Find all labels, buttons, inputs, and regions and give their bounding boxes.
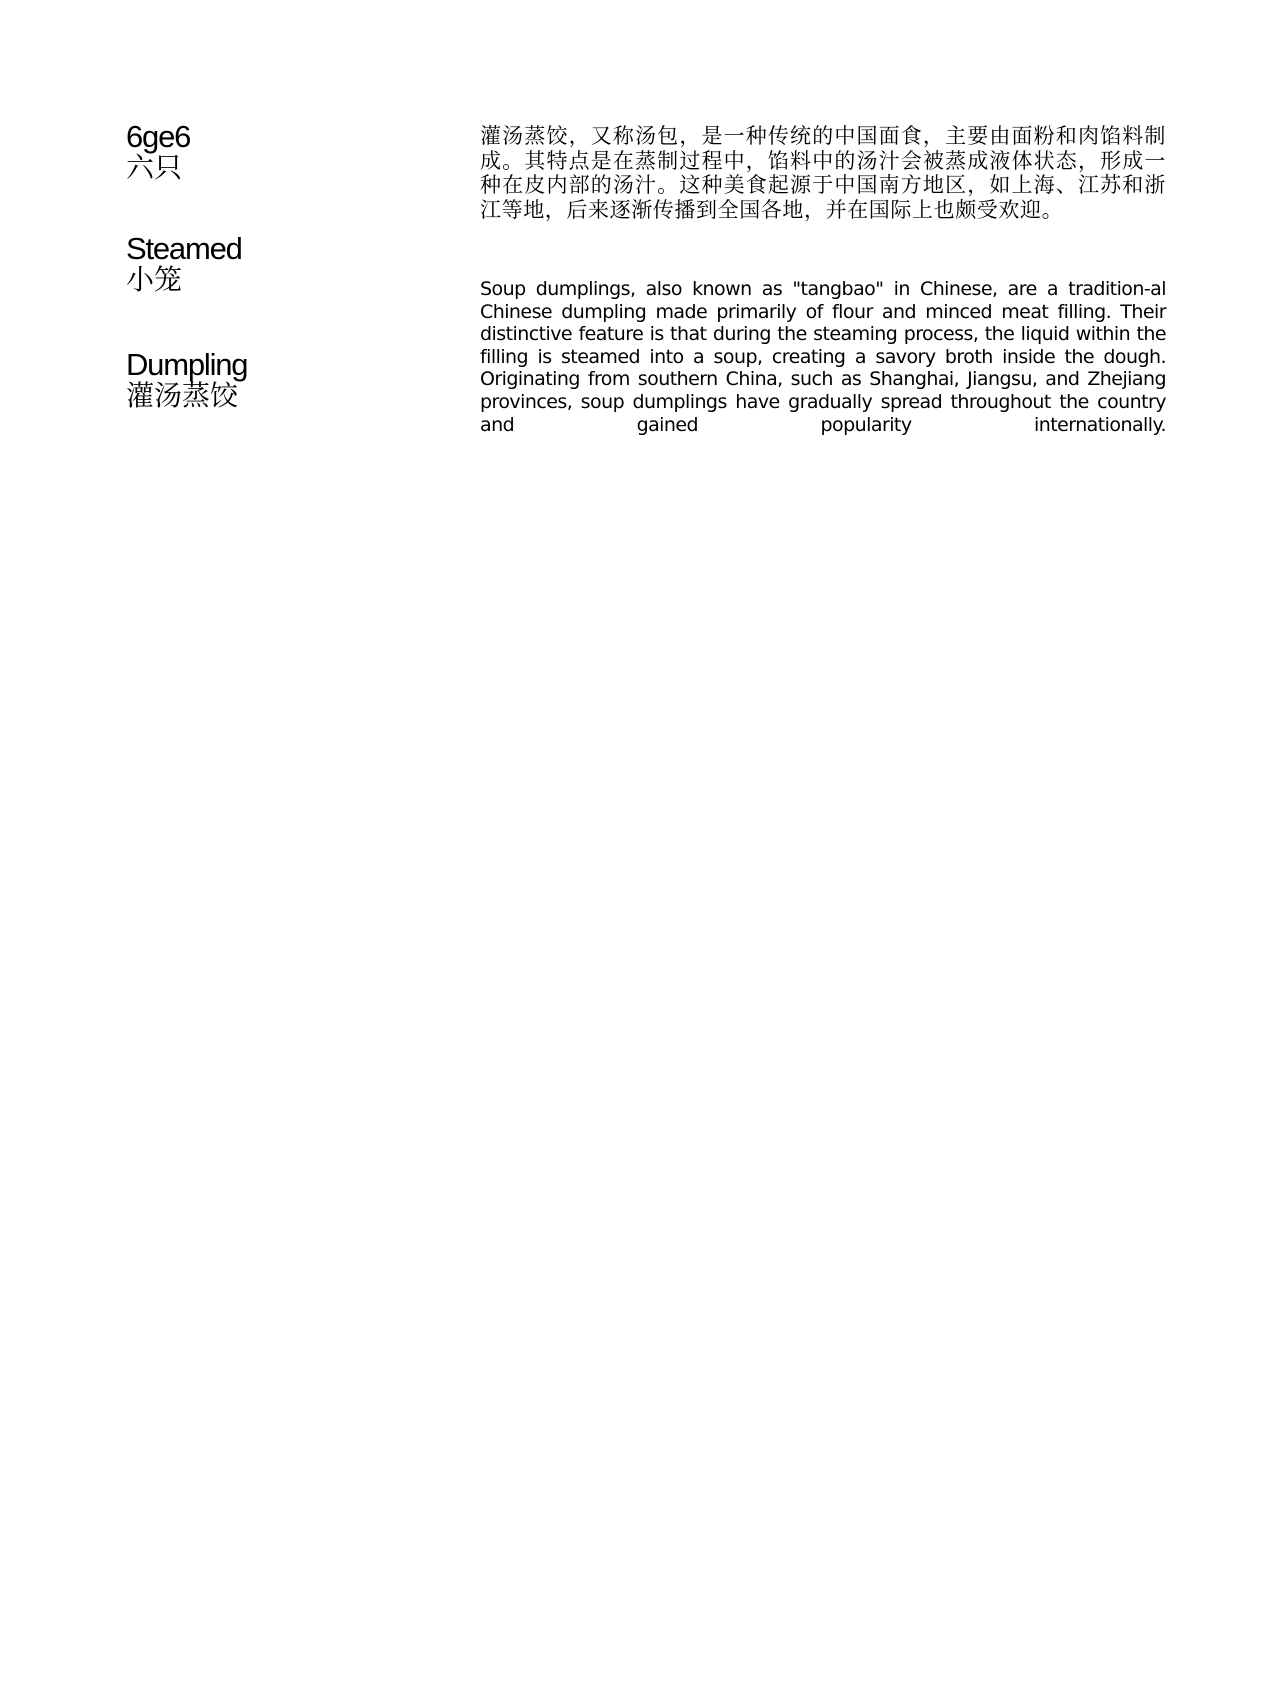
description-english: Soup dumplings, also known as "tangbao" … <box>480 278 1166 436</box>
label-dumpling-zh: 灌汤蒸饺 <box>126 380 247 412</box>
label-dumpling: Dumpling 灌汤蒸饺 <box>126 350 247 412</box>
label-dumpling-en: Dumpling <box>126 350 247 380</box>
description-chinese: 灌汤蒸饺，又称汤包，是一种传统的中国面食，主要由面粉和肉馅料制成。其特点是在蒸制… <box>480 124 1166 222</box>
label-count: 6ge6 六只 <box>126 122 190 184</box>
label-steamed-zh: 小笼 <box>126 264 242 296</box>
label-steamed-en: Steamed <box>126 234 242 264</box>
label-count-en: 6ge6 <box>126 122 190 152</box>
label-count-zh: 六只 <box>126 152 190 184</box>
label-steamed: Steamed 小笼 <box>126 234 242 296</box>
